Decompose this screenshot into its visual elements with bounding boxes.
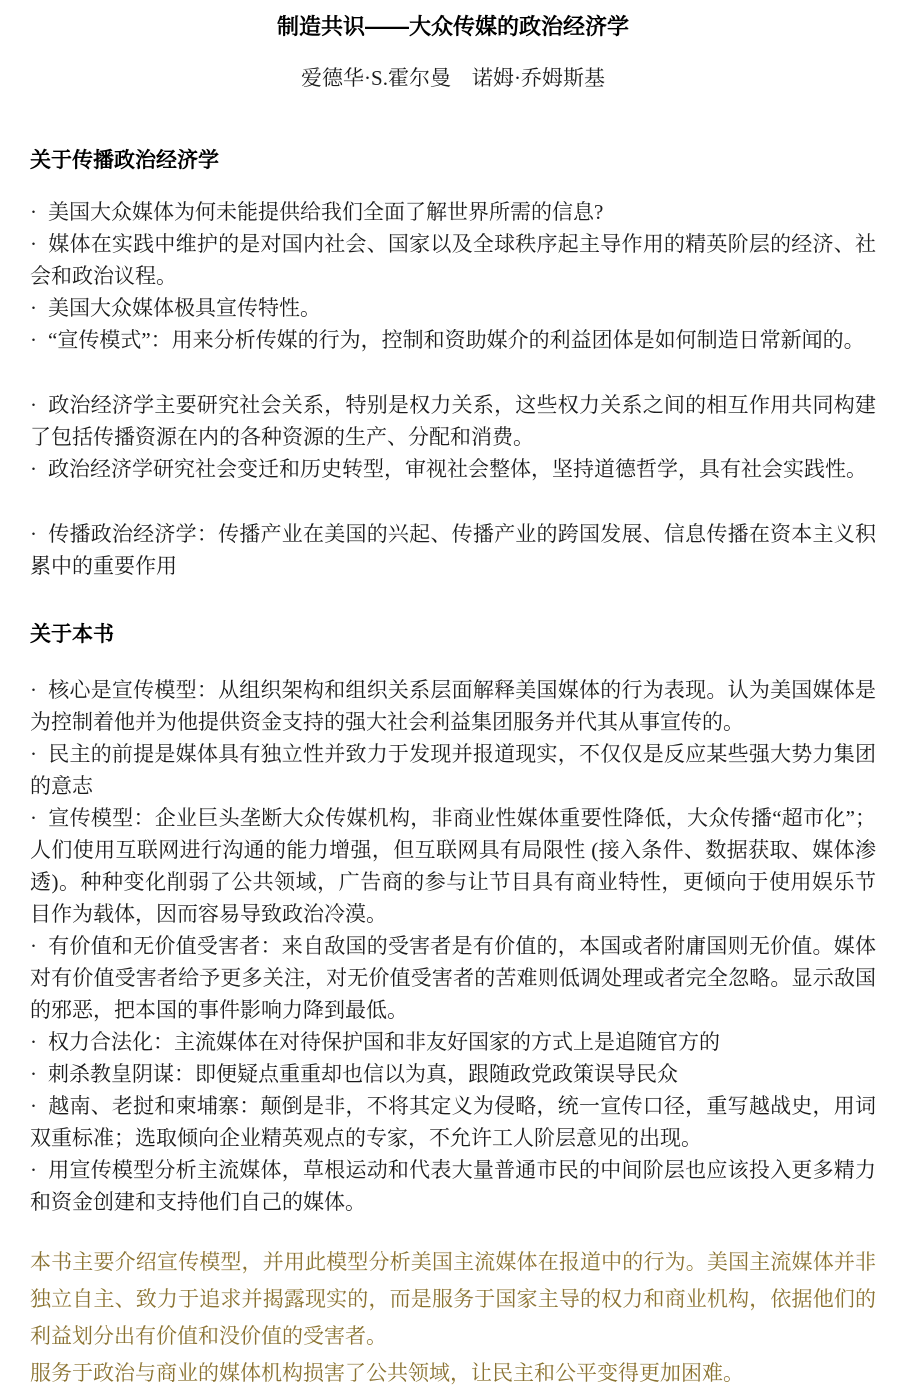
bullet-item: ·权力合法化：主流媒体在对待保护国和非友好国家的方式上是追随官方的 [30,1026,876,1058]
bullet-text: 媒体在实践中维护的是对国内社会、国家以及全球秩序起主导作用的精英阶层的经济、社会… [30,232,876,288]
bullet-item: ·民主的前提是媒体具有独立性并致力于发现并报道现实，不仅仅是反应某些强大势力集团… [30,738,876,802]
bullet-item: ·美国大众媒体极具宣传特性。 [30,292,876,324]
bullet-dot: · [30,1158,37,1182]
bullet-dot: · [30,200,37,224]
bullet-text: “宣传模式”：用来分析传媒的行为，控制和资助媒介的利益团体是如何制造日常新闻的。 [48,328,865,352]
summary-paragraph: 服务于政治与商业的媒体机构损害了公共领域，让民主和公平变得更加困难。 [30,1355,876,1392]
bullet-text: 美国大众媒体极具宣传特性。 [48,296,321,320]
bullet-item: ·政治经济学研究社会变迁和历史转型，审视社会整体，坚持道德哲学，具有社会实践性。 [30,453,876,485]
bullet-dot: · [30,1094,37,1118]
bullet-item: ·越南、老挝和柬埔寨：颠倒是非，不将其定义为侵略，统一宣传口径，重写越战史，用词… [30,1090,876,1154]
bullet-group: ·美国大众媒体为何未能提供给我们全面了解世界所需的信息? ·媒体在实践中维护的是… [30,196,876,356]
bullet-text: 美国大众媒体为何未能提供给我们全面了解世界所需的信息? [48,200,603,224]
bullet-text: 传播政治经济学：传播产业在美国的兴起、传播产业的跨国发展、信息传播在资本主义积累… [30,522,876,578]
bullet-group: ·传播政治经济学：传播产业在美国的兴起、传播产业的跨国发展、信息传播在资本主义积… [30,518,876,582]
document-page: 制造共识——大众传媒的政治经济学 爱德华·S.霍尔曼 诺姆·乔姆斯基 关于传播政… [0,0,906,1400]
summary-block: 本书主要介绍宣传模型，并用此模型分析美国主流媒体在报道中的行为。美国主流媒体并非… [30,1244,876,1392]
bullet-dot: · [30,393,37,417]
bullet-dot: · [30,806,37,830]
bullet-dot: · [30,934,37,958]
bullet-group: ·核心是宣传模型：从组织架构和组织关系层面解释美国媒体的行为表现。认为美国媒体是… [30,674,876,1218]
bullet-text: 越南、老挝和柬埔寨：颠倒是非，不将其定义为侵略，统一宣传口径，重写越战史，用词双… [30,1094,876,1150]
bullet-text: 刺杀教皇阴谋：即便疑点重重却也信以为真，跟随政党政策误导民众 [48,1062,678,1086]
bullet-text: 宣传模型：企业巨头垄断大众传媒机构，非商业性媒体重要性降低，大众传播“超市化”；… [30,806,876,926]
bullet-text: 有价值和无价值受害者：来自敌国的受害者是有价值的，本国或者附庸国则无价值。媒体对… [30,934,876,1022]
bullet-dot: · [30,1030,37,1054]
bullet-dot: · [30,232,37,256]
bullet-text: 权力合法化：主流媒体在对待保护国和非友好国家的方式上是追随官方的 [48,1030,720,1054]
bullet-dot: · [30,678,37,702]
bullet-item: ·美国大众媒体为何未能提供给我们全面了解世界所需的信息? [30,196,876,228]
bullet-group: ·政治经济学主要研究社会关系，特别是权力关系，这些权力关系之间的相互作用共同构建… [30,389,876,485]
bullet-item: ·宣传模型：企业巨头垄断大众传媒机构，非商业性媒体重要性降低，大众传播“超市化”… [30,802,876,930]
bullet-dot: · [30,296,37,320]
bullet-dot: · [30,742,37,766]
bullet-item: ·媒体在实践中维护的是对国内社会、国家以及全球秩序起主导作用的精英阶层的经济、社… [30,228,876,292]
doc-authors: 爱德华·S.霍尔曼 诺姆·乔姆斯基 [30,64,876,92]
section-heading-about-book: 关于本书 [30,622,876,648]
bullet-item: ·传播政治经济学：传播产业在美国的兴起、传播产业的跨国发展、信息传播在资本主义积… [30,518,876,582]
bullet-item: ·刺杀教皇阴谋：即便疑点重重却也信以为真，跟随政党政策误导民众 [30,1058,876,1090]
section-heading-communication-political-economy: 关于传播政治经济学 [30,148,876,174]
bullet-text: 政治经济学主要研究社会关系，特别是权力关系，这些权力关系之间的相互作用共同构建了… [30,393,876,449]
bullet-item: ·政治经济学主要研究社会关系，特别是权力关系，这些权力关系之间的相互作用共同构建… [30,389,876,453]
summary-paragraph: 本书主要介绍宣传模型，并用此模型分析美国主流媒体在报道中的行为。美国主流媒体并非… [30,1244,876,1355]
bullet-text: 用宣传模型分析主流媒体，草根运动和代表大量普通市民的中间阶层也应该投入更多精力和… [30,1158,876,1214]
bullet-item: ·用宣传模型分析主流媒体，草根运动和代表大量普通市民的中间阶层也应该投入更多精力… [30,1154,876,1218]
bullet-item: ·“宣传模式”：用来分析传媒的行为，控制和资助媒介的利益团体是如何制造日常新闻的… [30,324,876,356]
bullet-item: ·有价值和无价值受害者：来自敌国的受害者是有价值的，本国或者附庸国则无价值。媒体… [30,930,876,1026]
bullet-item: ·核心是宣传模型：从组织架构和组织关系层面解释美国媒体的行为表现。认为美国媒体是… [30,674,876,738]
bullet-text: 民主的前提是媒体具有独立性并致力于发现并报道现实，不仅仅是反应某些强大势力集团的… [30,742,876,798]
doc-title: 制造共识——大众传媒的政治经济学 [30,14,876,40]
bullet-text: 政治经济学研究社会变迁和历史转型，审视社会整体，坚持道德哲学，具有社会实践性。 [48,457,867,481]
bullet-dot: · [30,522,37,546]
bullet-text: 核心是宣传模型：从组织架构和组织关系层面解释美国媒体的行为表现。认为美国媒体是为… [30,678,876,734]
bullet-dot: · [30,328,37,352]
bullet-dot: · [30,1062,37,1086]
bullet-dot: · [30,457,37,481]
